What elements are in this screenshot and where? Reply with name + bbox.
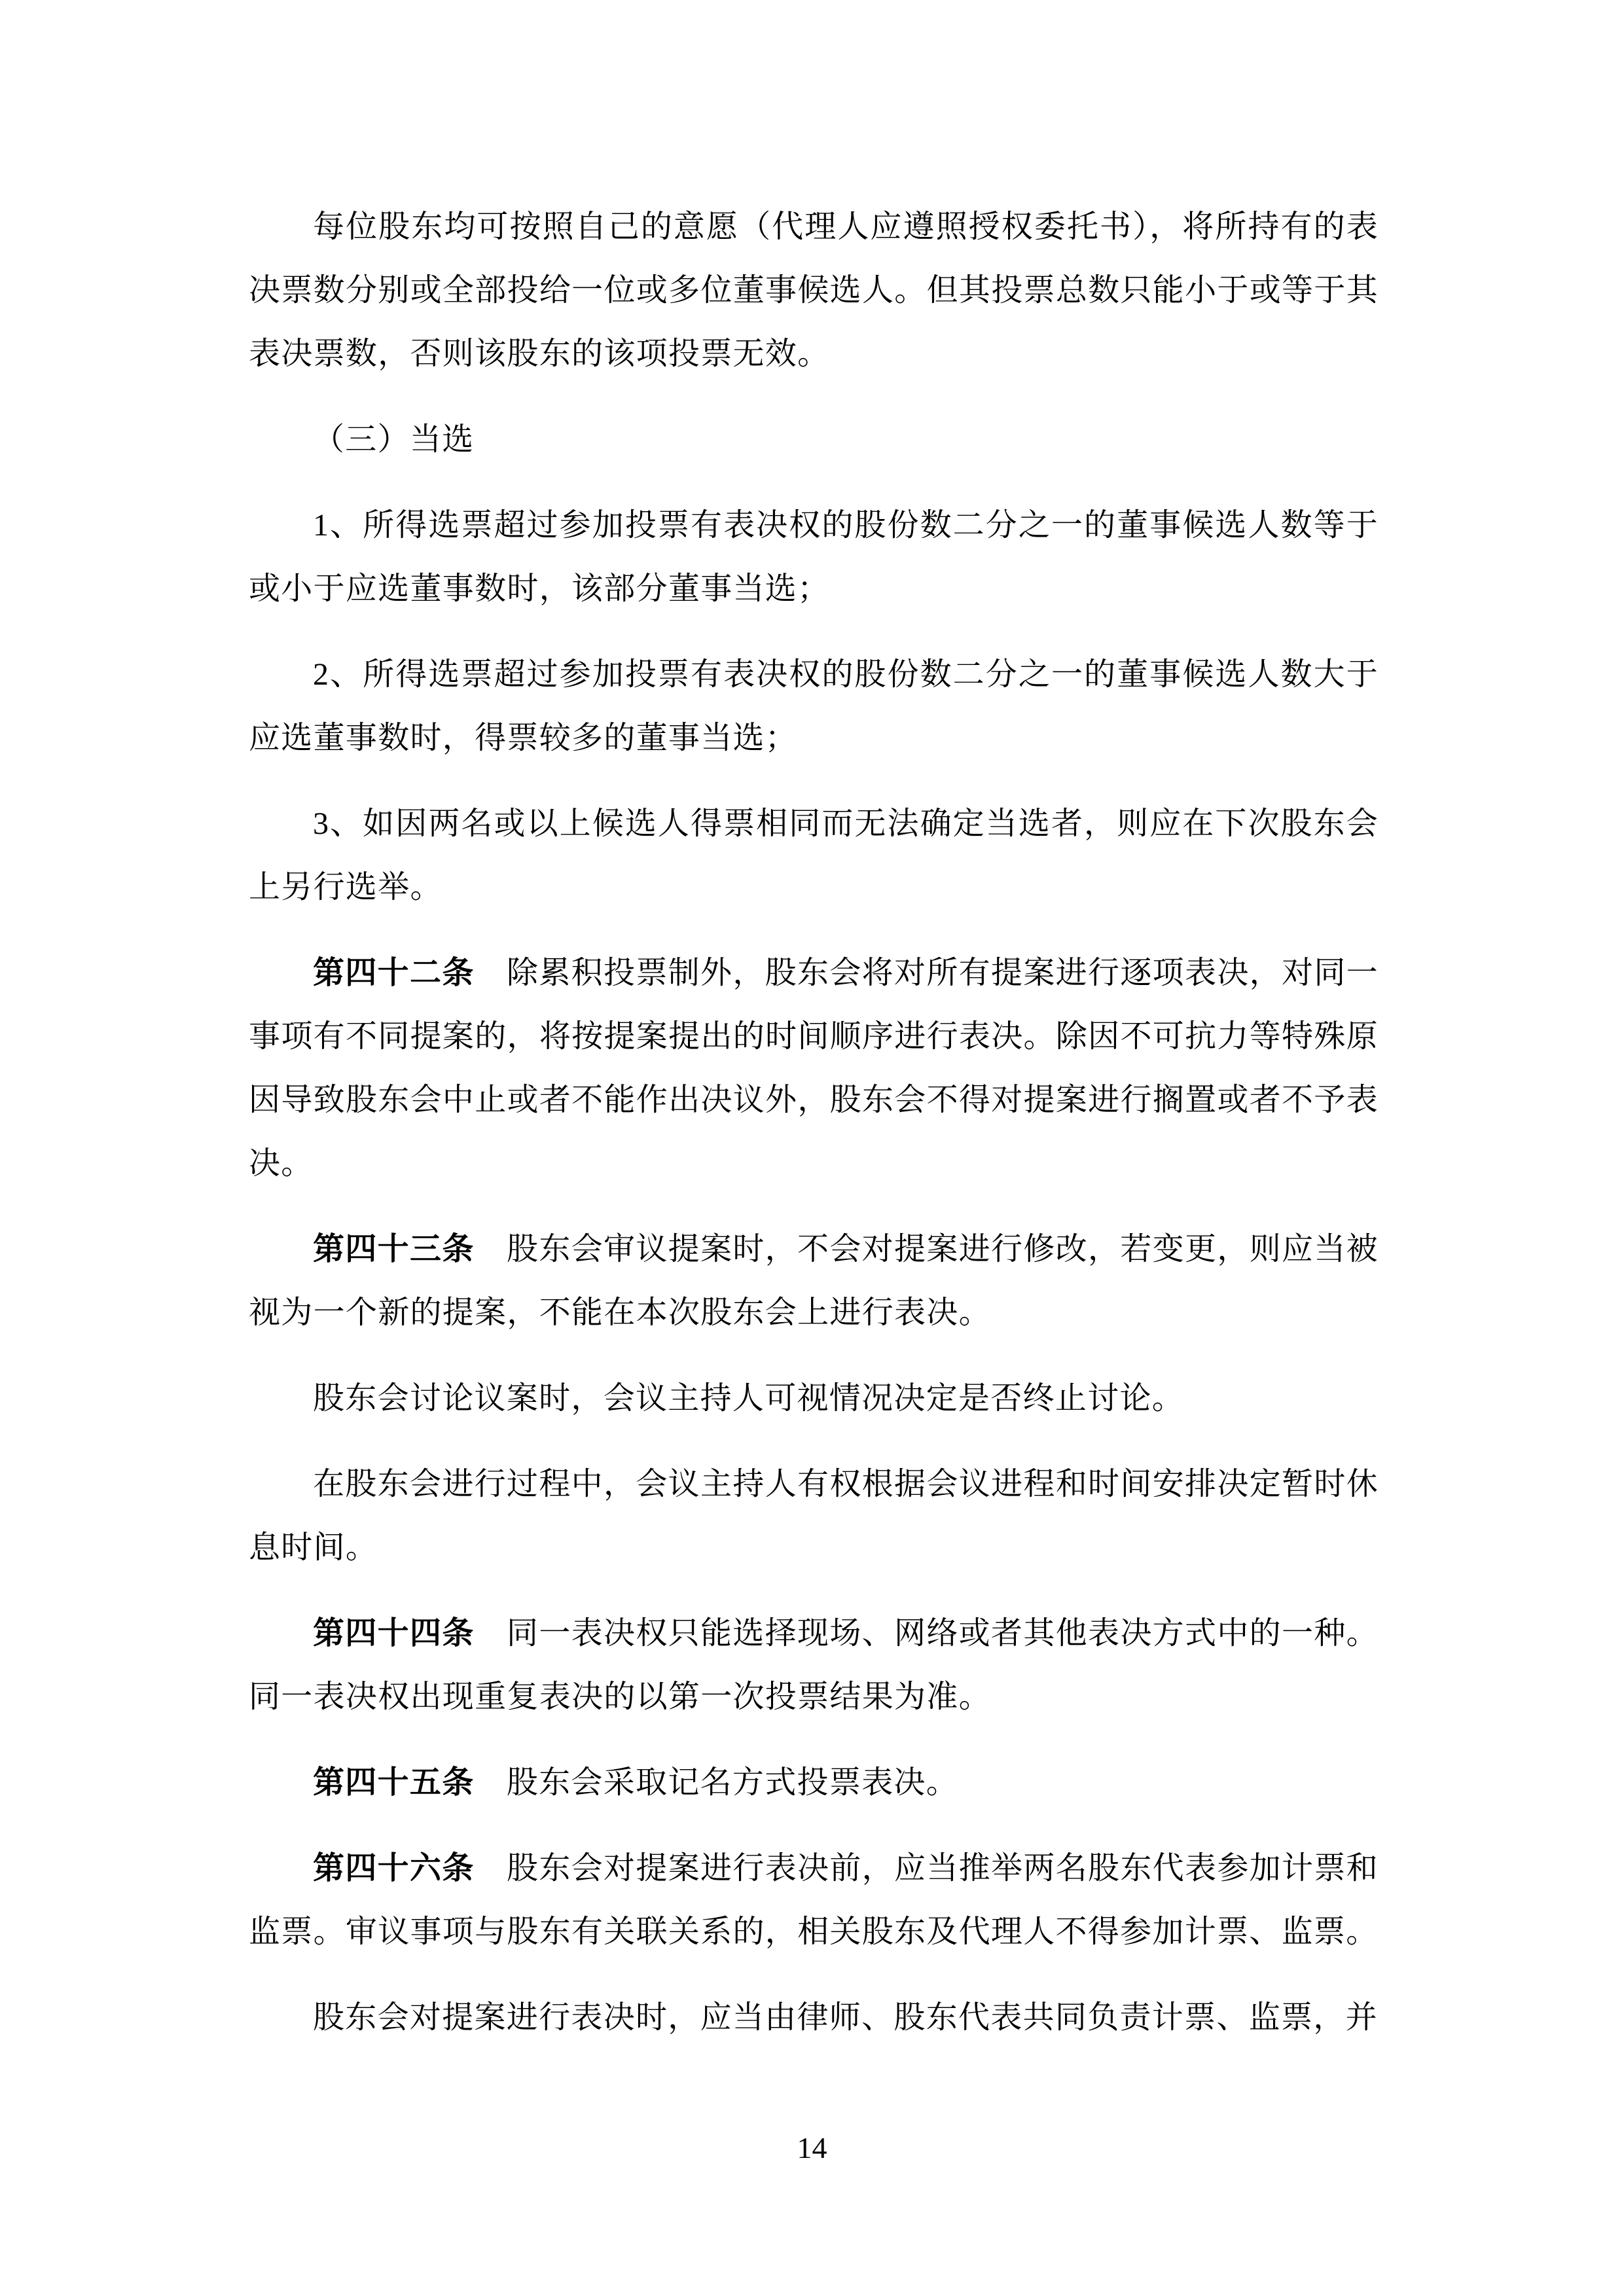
text-run: 1、所得选票超过参加投票有表决权的股份数二分之一的董事候选人数等于或小于应选董事… [249, 508, 1379, 606]
text-run: 股东会采取记名方式投票表决。 [475, 1765, 959, 1800]
text-run: 在股东会进行过程中，会议主持人有权根据会议进程和时间安排决定暂时休息时间。 [249, 1467, 1379, 1565]
page-number: 14 [0, 2116, 1624, 2179]
paragraph: 第四十三条 股东会审议提案时，不会对提案进行修改，若变更，则应当被视为一个新的提… [249, 1217, 1379, 1344]
text-run: 每位股东均可按照自己的意愿（代理人应遵照授权委托书），将所持有的表决票数分别或全… [249, 209, 1379, 371]
article-number: 第四十二条 [313, 956, 475, 990]
paragraph: 第四十二条 除累积投票制外，股东会将对所有提案进行逐项表决，对同一事项有不同提案… [249, 941, 1379, 1195]
paragraph: 股东会对提案进行表决时，应当由律师、股东代表共同负责计票、监票，并 [249, 1986, 1379, 2049]
text-run: 2、所得选票超过参加投票有表决权的股份数二分之一的董事候选人数大于应选董事数时，… [249, 657, 1379, 755]
article-number: 第四十四条 [313, 1616, 475, 1651]
paragraph: 2、所得选票超过参加投票有表决权的股份数二分之一的董事候选人数大于应选董事数时，… [249, 643, 1379, 770]
document-page: 每位股东均可按照自己的意愿（代理人应遵照授权委托书），将所持有的表决票数分别或全… [0, 0, 1624, 2296]
paragraph: 在股东会进行过程中，会议主持人有权根据会议进程和时间安排决定暂时休息时间。 [249, 1452, 1379, 1579]
paragraph: 第四十五条 股东会采取记名方式投票表决。 [249, 1751, 1379, 1814]
paragraph: 第四十四条 同一表决权只能选择现场、网络或者其他表决方式中的一种。同一表决权出现… [249, 1602, 1379, 1729]
paragraph: 股东会讨论议案时，会议主持人可视情况决定是否终止讨论。 [249, 1367, 1379, 1430]
paragraph: 1、所得选票超过参加投票有表决权的股份数二分之一的董事候选人数等于或小于应选董事… [249, 493, 1379, 620]
text-run: 3、如因两名或以上候选人得票相同而无法确定当选者，则应在下次股东会上另行选举。 [249, 806, 1379, 905]
paragraph: 3、如因两名或以上候选人得票相同而无法确定当选者，则应在下次股东会上另行选举。 [249, 792, 1379, 919]
paragraph: 第四十六条 股东会对提案进行表决前，应当推举两名股东代表参加计票和监票。审议事项… [249, 1837, 1379, 1964]
article-number: 第四十六条 [313, 1851, 475, 1886]
article-number: 第四十三条 [313, 1232, 475, 1266]
article-number: 第四十五条 [313, 1765, 475, 1800]
text-run: 股东会对提案进行表决时，应当由律师、股东代表共同负责计票、监票，并 [313, 2000, 1378, 2035]
paragraph: （三）当选 [249, 408, 1379, 471]
document-body: 每位股东均可按照自己的意愿（代理人应遵照授权委托书），将所持有的表决票数分别或全… [249, 195, 1379, 2072]
text-run: （三）当选 [313, 422, 475, 457]
text-run: 股东会讨论议案时，会议主持人可视情况决定是否终止讨论。 [313, 1381, 1184, 1416]
paragraph: 每位股东均可按照自己的意愿（代理人应遵照授权委托书），将所持有的表决票数分别或全… [249, 195, 1379, 386]
